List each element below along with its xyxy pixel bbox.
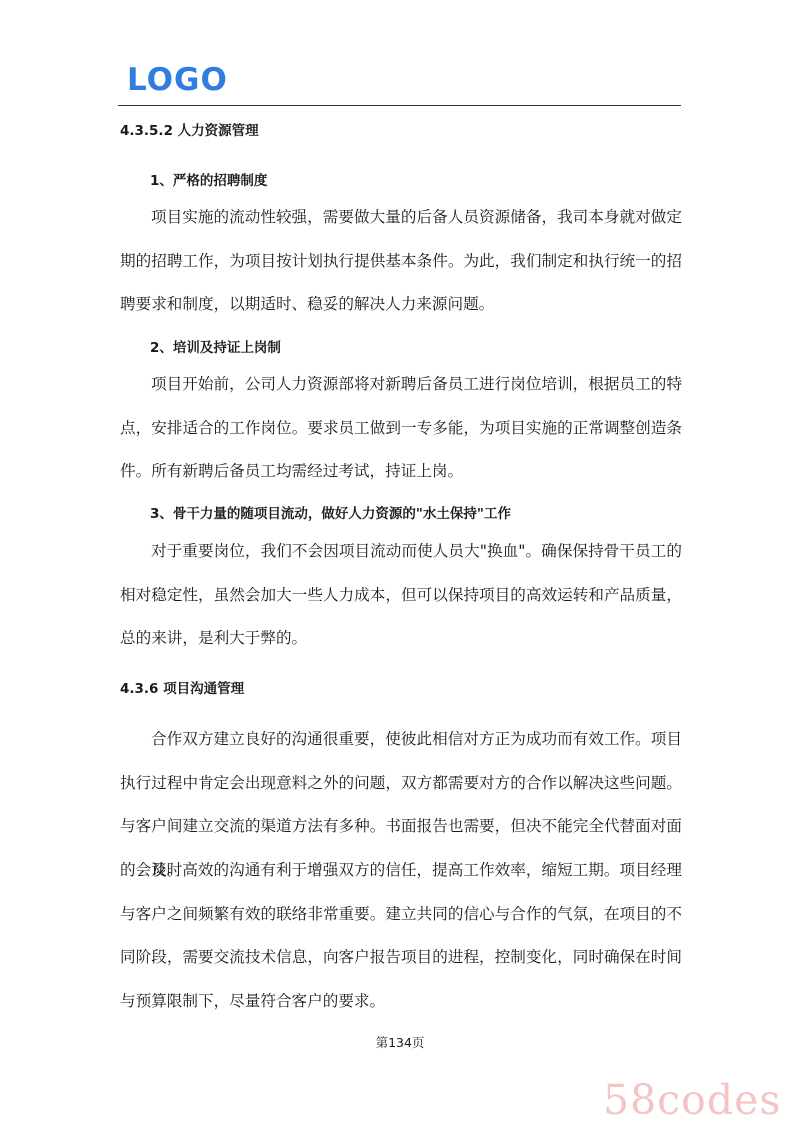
paragraph-communication-2: 及时高效的沟通有利于增强双方的信任，提高工作效率，缩短工期。项目经理与客户之间频…: [120, 849, 682, 1023]
paragraph-training: 项目开始前，公司人力资源部将对新聘后备员工进行岗位培训，根据员工的特点，安排适合…: [120, 363, 682, 494]
page-number: 第134页: [0, 1033, 800, 1051]
subsection-heading-training: 2、培训及持证上岗制: [150, 338, 281, 358]
paragraph-recruitment: 项目实施的流动性较强，需要做大量的后备人员资源储备，我司本身就对做定期的招聘工作…: [120, 196, 682, 327]
section-heading-communication: 4.3.6 项目沟通管理: [120, 679, 244, 699]
section-heading-hr-management: 4.3.5.2 人力资源管理: [120, 121, 259, 141]
logo: LOGO: [127, 62, 228, 98]
header-rule: [118, 105, 681, 106]
subsection-heading-core-staff: 3、骨干力量的随项目流动，做好人力资源的"水土保持"工作: [150, 504, 511, 524]
watermark: 58codes: [603, 1076, 781, 1124]
subsection-heading-recruitment: 1、严格的招聘制度: [150, 171, 267, 191]
paragraph-core-staff: 对于重要岗位，我们不会因项目流动而使人员大"换血"。确保保持骨干员工的相对稳定性…: [120, 530, 682, 661]
